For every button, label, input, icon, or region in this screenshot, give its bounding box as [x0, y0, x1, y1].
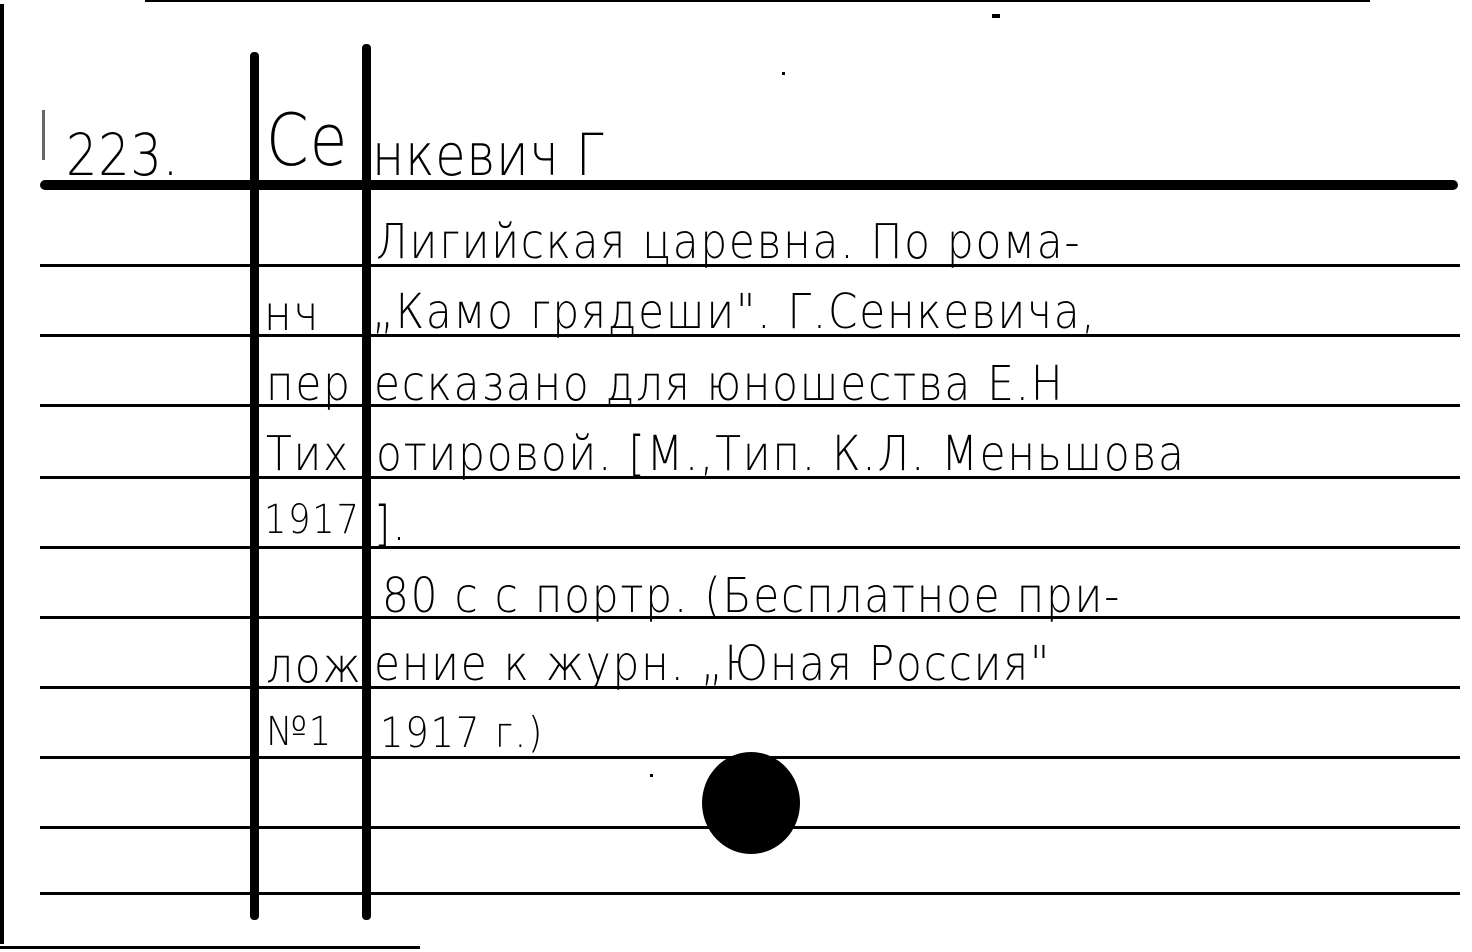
scan-speck — [42, 110, 45, 160]
author-heading-left: Се — [266, 104, 348, 176]
card-edge-bottom — [0, 946, 420, 949]
card-line-3: есказано для юношества Е.Н — [374, 360, 1064, 408]
card-line-1: Лигийская царевна. По рома- — [376, 218, 1081, 266]
catalog-card: 223. Се нкевич Г Лигийская царевна. По р… — [0, 0, 1472, 952]
card-line-6: 80 с с портр. (Бесплатное при- — [382, 572, 1121, 620]
card-edge-left — [0, 4, 4, 944]
margin-line-left — [250, 52, 259, 920]
card-line-2: „Камо грядеши". Г.Сенкевича, — [372, 288, 1097, 336]
author-heading-right: нкевич Г — [372, 126, 604, 184]
card-line-8-margin: №1 — [266, 712, 333, 752]
card-line-7: ение к журн. „Юная Россия" — [374, 640, 1051, 688]
entry-number: 223. — [66, 126, 179, 184]
margin-line-right — [362, 44, 371, 920]
card-edge-top — [145, 0, 1370, 2]
card-line-5: ]. — [374, 500, 407, 548]
punch-hole — [702, 752, 800, 854]
scan-speck — [992, 14, 1000, 18]
card-line-2-margin: нч — [264, 290, 320, 338]
card-line-4-margin: Тих — [266, 430, 350, 478]
card-line-5-margin: 1917 — [264, 500, 361, 540]
card-line-7-margin: лож — [266, 642, 362, 690]
scan-speck — [650, 774, 653, 777]
card-line-8: 1917 г.) — [380, 712, 544, 754]
scan-speck — [782, 72, 785, 75]
card-line-3-margin: пер — [266, 360, 352, 408]
card-line-4: отировой. [М.,Тип. К.Л. Меньшова — [376, 430, 1186, 478]
